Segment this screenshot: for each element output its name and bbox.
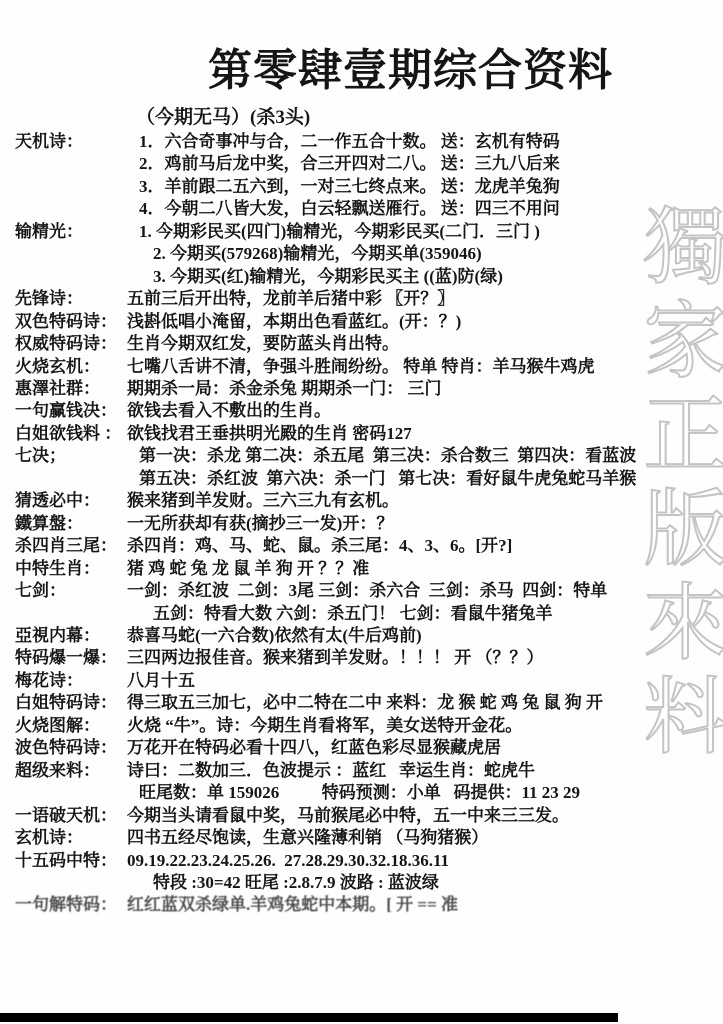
row-label: 一句解特码： — [15, 894, 127, 916]
row-text: 猪 鸡 蛇 兔 龙 鼠 羊 狗 开 ？？准 — [127, 558, 369, 580]
row-label: 白姐特码诗： — [15, 692, 127, 714]
row-label: 七决； — [15, 445, 127, 467]
page-title: 第零肆壹期综合资料 — [208, 34, 613, 98]
info-row: 第五决：杀红波 第六决：杀一门 第七决：看好鼠牛虎兔蛇马羊猴 — [15, 468, 715, 490]
row-label: 一句赢钱决： — [15, 400, 127, 422]
row-label: 火烧玄机： — [15, 356, 127, 378]
info-row: 猜透必中： 猴来猪到羊发财。三六三九有玄机。 — [15, 490, 715, 512]
row-text: 一无所获却有获(摘抄三一发)开：？ — [127, 513, 393, 535]
content-rows: 天机诗： 1．六合奇事冲与合，二一作五合十数。 送：玄机有特码 2．鸡前马后龙中… — [15, 131, 715, 917]
row-label: 十五码中特： — [15, 850, 127, 872]
info-row: 火烧图解： 火烧 “牛”。诗：今期生肖看将军，美女送特开金花。 — [15, 715, 715, 737]
row-text: 八月十五 — [127, 670, 195, 692]
row-text: 诗曰：二数加三．色波提示 ：蓝红 幸运生肖：蛇虎牛 — [127, 760, 535, 782]
row-label: 中特生肖： — [15, 558, 127, 580]
row-label: 一语破天机： — [15, 805, 127, 827]
bottom-black-bar — [0, 1013, 618, 1022]
row-text: 3. 今期买(红)输精光，今期彩民买主 ((蓝)防(绿) — [153, 266, 503, 288]
row-label: 双色特码诗： — [15, 311, 127, 333]
row-text: 09.19.22.23.24.25.26. 27.28.29.30.32.18.… — [127, 850, 449, 872]
info-row: 一句赢钱决： 欲钱去看入不敷出的生肖。 — [15, 400, 715, 422]
row-text: 浅斟低唱小淹留，本期出色看蓝红。(开：？) — [127, 311, 461, 333]
row-text: 第五决：杀红波 第六决：杀一门 第七决：看好鼠牛虎兔蛇马羊猴 — [139, 468, 636, 490]
row-label: 惠澤社群： — [15, 378, 127, 400]
info-row: 中特生肖： 猪 鸡 蛇 兔 龙 鼠 羊 狗 开 ？？准 — [15, 558, 715, 580]
row-text: 得三取五三加七，必中二特在二中 来料：龙 猴 蛇 鸡 兔 鼠 狗 开 — [127, 692, 603, 714]
row-label: 猜透必中： — [15, 490, 127, 512]
info-row: 梅花诗： 八月十五 — [15, 670, 715, 692]
row-label: 先锋诗： — [15, 288, 127, 310]
row-label: 权威特码诗： — [15, 333, 127, 355]
page-subtitle: （今期无马）(杀3头) — [136, 102, 310, 129]
row-label: 白姐欲钱料 ： — [15, 423, 127, 445]
row-label: 超级来料： — [15, 760, 127, 782]
row-label: 特码爆一爆： — [15, 647, 127, 669]
row-text: 三四两边报佳音。猴来猪到羊发财。！！！ 开 （？？） — [127, 647, 544, 669]
info-row: 五剑：特看大数 六剑：杀五门！ 七剑：看鼠牛猪兔羊 — [15, 603, 715, 625]
row-text: 2．鸡前马后龙中奖，合三开四对二八。 送：三九八后来 — [139, 153, 560, 175]
row-text: 1. 今期彩民买(四门)输精光，今期彩民买(二门．三门 ) — [139, 221, 540, 243]
info-row: 一语破天机： 今期当头请看鼠中奖，马前猴尾必中特，五一中来三三发。 — [15, 805, 715, 827]
info-row: 白姐特码诗： 得三取五三加七，必中二特在二中 来料：龙 猴 蛇 鸡 兔 鼠 狗 … — [15, 692, 715, 714]
row-text: 五前三后开出特，龙前羊后猪中彩 〖开？〗 — [127, 288, 454, 310]
row-label: 杀四肖三尾： — [15, 535, 127, 557]
row-text: 七嘴八舌讲不清，争强斗胜闹纷纷。 特单 特肖：羊马猴牛鸡虎 — [127, 356, 595, 378]
row-text: 四书五经尽饱读，生意兴隆薄利销 （马狗猪猴） — [127, 827, 488, 849]
info-row: 2. 今期买(579268)输精光，今期买单(359046) — [15, 243, 715, 265]
row-label: 波色特码诗： — [15, 737, 127, 759]
row-text: 五剑：特看大数 六剑：杀五门！ 七剑：看鼠牛猪兔羊 — [153, 603, 553, 625]
info-row: 旺尾数：单 159026 特码预测：小单 码提供：11 23 29 — [15, 782, 715, 804]
row-text: 今期当头请看鼠中奖，马前猴尾必中特，五一中来三三发。 — [127, 805, 569, 827]
row-text: 欲钱去看入不敷出的生肖。 — [127, 400, 331, 422]
info-row: 特段 :30=42 旺尾 :2.8.7.9 波路 : 蓝波绿 — [15, 872, 715, 894]
info-row: 输精光： 1. 今期彩民买(四门)输精光，今期彩民买(二门．三门 ) — [15, 221, 715, 243]
info-row: 火烧玄机： 七嘴八舌讲不清，争强斗胜闹纷纷。 特单 特肖：羊马猴牛鸡虎 — [15, 356, 715, 378]
row-label: 火烧图解： — [15, 715, 127, 737]
row-text: 欲钱找君王垂拱明光殿的生肖 密码127 — [127, 423, 412, 445]
row-text: 第一决：杀龙 第二决：杀五尾 第三决：杀合数三 第四决：看蓝波 — [139, 445, 636, 467]
info-row: 七剑： 一剑：杀红波 二剑：3尾 三剑：杀六合 三剑：杀马 四剑：特单 — [15, 580, 715, 602]
info-row: 先锋诗： 五前三后开出特，龙前羊后猪中彩 〖开？〗 — [15, 288, 715, 310]
info-row: 一句解特码： 红红蓝双杀绿单.羊鸡兔蛇中本期。[ 开 == 准 — [15, 894, 715, 916]
row-label: 亞視内幕： — [15, 625, 127, 647]
row-text: 火烧 “牛”。诗：今期生肖看将军，美女送特开金花。 — [127, 715, 522, 737]
info-row: 权威特码诗： 生肖今期双红发，要防蓝头肖出特。 — [15, 333, 715, 355]
row-text: 猴来猪到羊发财。三六三九有玄机。 — [127, 490, 399, 512]
row-text: 4．今朝二八皆大发，白云轻飘送雁行。 送：四三不用问 — [139, 198, 560, 220]
info-row: 惠澤社群： 期期杀一局：杀金杀兔 期期杀一门： 三门 — [15, 378, 715, 400]
row-label: 鐵算盤： — [15, 513, 127, 535]
row-text: 一剑：杀红波 二剑：3尾 三剑：杀六合 三剑：杀马 四剑：特单 — [127, 580, 607, 602]
lottery-info-sheet: 第零肆壹期综合资料 （今期无马）(杀3头) 獨家正版來料 天机诗： 1．六合奇事… — [0, 0, 723, 1024]
info-row: 4．今朝二八皆大发，白云轻飘送雁行。 送：四三不用问 — [15, 198, 715, 220]
info-row: 七决； 第一决：杀龙 第二决：杀五尾 第三决：杀合数三 第四决：看蓝波 — [15, 445, 715, 467]
info-row: 2．鸡前马后龙中奖，合三开四对二八。 送：三九八后来 — [15, 153, 715, 175]
row-text: 恭喜马蛇(一六合数)依然有太(牛后鸡前) — [127, 625, 422, 647]
info-row: 白姐欲钱料 ： 欲钱找君王垂拱明光殿的生肖 密码127 — [15, 423, 715, 445]
row-text: 生肖今期双红发，要防蓝头肖出特。 — [127, 333, 399, 355]
row-text: 杀四肖：鸡、马、蛇、鼠。杀三尾：4、3、6。[开?] — [127, 535, 512, 557]
row-label: 七剑： — [15, 580, 127, 602]
row-text: 1．六合奇事冲与合，二一作五合十数。 送：玄机有特码 — [139, 131, 560, 153]
info-row: 十五码中特： 09.19.22.23.24.25.26. 27.28.29.30… — [15, 850, 715, 872]
row-text: 2. 今期买(579268)输精光，今期买单(359046) — [153, 243, 482, 265]
info-row: 特码爆一爆： 三四两边报佳音。猴来猪到羊发财。！！！ 开 （？？） — [15, 647, 715, 669]
info-row: 鐵算盤： 一无所获却有获(摘抄三一发)开：？ — [15, 513, 715, 535]
row-text: 3．羊前跟二五六到，一对三七终点来。 送：龙虎羊兔狗 — [139, 176, 560, 198]
info-row: 超级来料： 诗曰：二数加三．色波提示 ：蓝红 幸运生肖：蛇虎牛 — [15, 760, 715, 782]
row-text: 红红蓝双杀绿单.羊鸡兔蛇中本期。[ 开 == 准 — [127, 894, 458, 916]
info-row: 天机诗： 1．六合奇事冲与合，二一作五合十数。 送：玄机有特码 — [15, 131, 715, 153]
row-text: 旺尾数：单 159026 特码预测：小单 码提供：11 23 29 — [139, 782, 580, 804]
row-label: 天机诗： — [15, 131, 127, 153]
info-row: 双色特码诗： 浅斟低唱小淹留，本期出色看蓝红。(开：？) — [15, 311, 715, 333]
row-text: 期期杀一局：杀金杀兔 期期杀一门： 三门 — [127, 378, 442, 400]
info-row: 亞視内幕： 恭喜马蛇(一六合数)依然有太(牛后鸡前) — [15, 625, 715, 647]
info-row: 3. 今期买(红)输精光，今期彩民买主 ((蓝)防(绿) — [15, 266, 715, 288]
row-label: 输精光： — [15, 221, 127, 243]
row-label: 梅花诗： — [15, 670, 127, 692]
info-row: 玄机诗： 四书五经尽饱读，生意兴隆薄利销 （马狗猪猴） — [15, 827, 715, 849]
info-row: 杀四肖三尾： 杀四肖：鸡、马、蛇、鼠。杀三尾：4、3、6。[开?] — [15, 535, 715, 557]
row-text: 特段 :30=42 旺尾 :2.8.7.9 波路 : 蓝波绿 — [153, 872, 439, 894]
info-row: 波色特码诗： 万花开在特码必看十四八，红蓝色彩尽显猴藏虎居 — [15, 737, 715, 759]
info-row: 3．羊前跟二五六到，一对三七终点来。 送：龙虎羊兔狗 — [15, 176, 715, 198]
row-label: 玄机诗： — [15, 827, 127, 849]
row-text: 万花开在特码必看十四八，红蓝色彩尽显猴藏虎居 — [127, 737, 501, 759]
